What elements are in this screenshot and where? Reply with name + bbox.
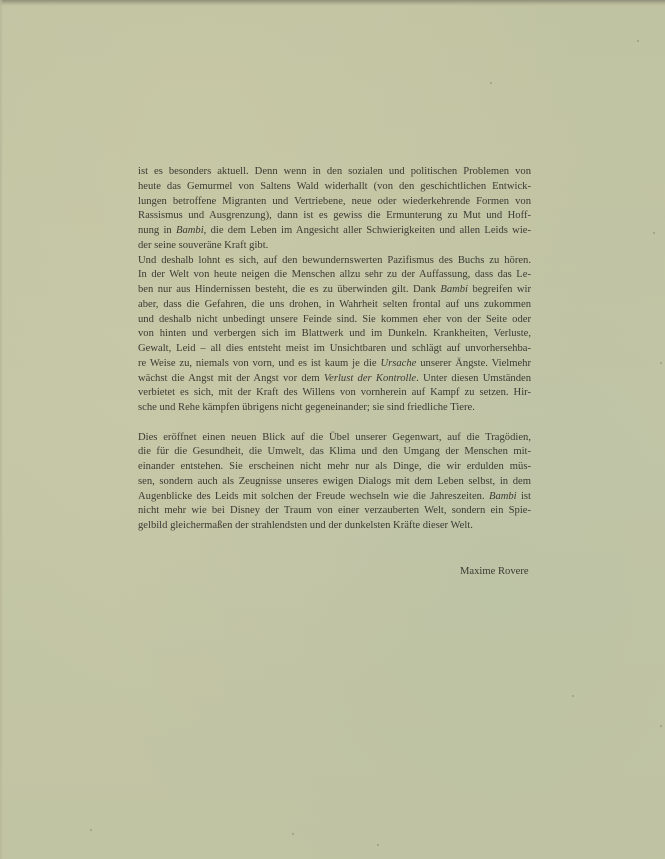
text-run: heute das Gemurmel von Saltens Wald wide… xyxy=(138,181,531,192)
text-run: unserer Ängste. Vielmehr xyxy=(416,358,531,369)
text-run: , die dem Leben im Angesicht aller Schwi… xyxy=(204,225,531,236)
text-line: Und deshalb lohnt es sich, auf den bewun… xyxy=(138,254,531,269)
text-run: nicht mehr wie bei Disney der Traum von … xyxy=(138,505,531,516)
body-text: ist es besonders aktuell. Denn wenn in d… xyxy=(138,165,531,534)
text-line: Gewalt, Leid – all dies entsteht meist i… xyxy=(138,342,531,357)
text-run: der seine souveräne Kraft gibt. xyxy=(138,240,268,251)
text-line: re Weise zu, niemals von vorn, und es is… xyxy=(138,357,531,372)
text-line: In der Welt von heute neigen die Mensche… xyxy=(138,268,531,283)
text-line: einander entstehen. Sie erscheinen nicht… xyxy=(138,460,531,475)
text-run: . Unter diesen Umständen xyxy=(416,373,531,384)
paragraph: ist es besonders aktuell. Denn wenn in d… xyxy=(138,165,531,254)
text-run: Und deshalb lohnt es sich, auf den bewun… xyxy=(138,255,531,266)
text-line: sen, sondern auch als Zeugnisse unseres … xyxy=(138,475,531,490)
italic-text: Bambi xyxy=(176,225,204,236)
paper-speck xyxy=(377,844,379,846)
text-line: heute das Gemurmel von Saltens Wald wide… xyxy=(138,180,531,195)
book-page: ist es besonders aktuell. Denn wenn in d… xyxy=(0,0,665,859)
italic-text: Verlust der Kontrolle xyxy=(324,373,416,384)
paper-speck xyxy=(653,232,655,234)
paper-speck xyxy=(490,82,492,84)
text-run: re Weise zu, niemals von vorn, und es is… xyxy=(138,358,380,369)
paper-speck xyxy=(660,725,662,727)
text-line: gelbild gleichermaßen der strahlendsten … xyxy=(138,519,531,534)
text-line: ben nur aus Hindernissen besteht, die es… xyxy=(138,283,531,298)
paragraph-gap xyxy=(138,416,531,431)
text-run: wächst die Angst mit der Angst vor dem xyxy=(138,373,324,384)
text-line: ist es besonders aktuell. Denn wenn in d… xyxy=(138,165,531,180)
text-run: und deshalb nicht unbedingt unsere Feind… xyxy=(138,314,531,325)
paper-speck xyxy=(292,833,294,835)
text-run: einander entstehen. Sie erscheinen nicht… xyxy=(138,461,531,472)
text-line: lungen betroffene Migranten und Vertrieb… xyxy=(138,195,531,210)
text-run: aber, dass die Gefahren, die uns drohen,… xyxy=(138,299,531,310)
paragraph: Und deshalb lohnt es sich, auf den bewun… xyxy=(138,254,531,416)
text-line: wächst die Angst mit der Angst vor dem V… xyxy=(138,372,531,387)
text-run: Rassismus und Ausgrenzung), dann ist es … xyxy=(138,210,531,221)
paper-speck xyxy=(90,829,92,831)
author-signature: Maxime Rovere xyxy=(460,565,529,579)
text-line: Dies eröffnet einen neuen Blick auf die … xyxy=(138,431,531,446)
text-run: Gewalt, Leid – all dies entsteht meist i… xyxy=(138,343,531,354)
italic-text: Bambi xyxy=(440,284,468,295)
text-run: gelbild gleichermaßen der strahlendsten … xyxy=(138,520,473,531)
text-run: ist es besonders aktuell. Denn wenn in d… xyxy=(138,166,531,177)
text-line: Augenblicke des Leids mit solchen der Fr… xyxy=(138,490,531,505)
italic-text: Bambi xyxy=(489,491,517,502)
text-line: verbietet es sich, mit der Kraft des Wil… xyxy=(138,386,531,401)
page-top-shadow xyxy=(0,0,665,6)
page-left-edge xyxy=(0,0,3,859)
paper-speck xyxy=(572,695,574,697)
text-run: Dies eröffnet einen neuen Blick auf die … xyxy=(138,432,531,443)
text-run: ben nur aus Hindernissen besteht, die es… xyxy=(138,284,440,295)
text-line: Rassismus und Ausgrenzung), dann ist es … xyxy=(138,209,531,224)
text-run: sen, sondern auch als Zeugnisse unseres … xyxy=(138,476,531,487)
text-line: von hinten und verbergen sich im Blattwe… xyxy=(138,327,531,342)
text-run: Augenblicke des Leids mit solchen der Fr… xyxy=(138,491,489,502)
paper-speck xyxy=(637,40,639,42)
italic-text: Ursache xyxy=(380,358,416,369)
text-line: die für die Gesundheit, die Umwelt, das … xyxy=(138,445,531,460)
paper-speck xyxy=(660,362,662,364)
text-run: In der Welt von heute neigen die Mensche… xyxy=(138,269,531,280)
text-run: sche und Rehe kämpfen übrigens nicht geg… xyxy=(138,402,475,413)
text-line: nung in Bambi, die dem Leben im Angesich… xyxy=(138,224,531,239)
text-run: von hinten und verbergen sich im Blattwe… xyxy=(138,328,531,339)
text-line: der seine souveräne Kraft gibt. xyxy=(138,239,531,254)
paragraph: Dies eröffnet einen neuen Blick auf die … xyxy=(138,431,531,534)
text-run: verbietet es sich, mit der Kraft des Wil… xyxy=(138,387,531,398)
text-run: ist xyxy=(517,491,531,502)
text-run: lungen betroffene Migranten und Vertrieb… xyxy=(138,196,531,207)
text-line: und deshalb nicht unbedingt unsere Feind… xyxy=(138,313,531,328)
text-line: nicht mehr wie bei Disney der Traum von … xyxy=(138,504,531,519)
text-run: die für die Gesundheit, die Umwelt, das … xyxy=(138,446,531,457)
text-line: sche und Rehe kämpfen übrigens nicht geg… xyxy=(138,401,531,416)
text-line: aber, dass die Gefahren, die uns drohen,… xyxy=(138,298,531,313)
text-run: begreifen wir xyxy=(468,284,531,295)
text-run: nung in xyxy=(138,225,176,236)
